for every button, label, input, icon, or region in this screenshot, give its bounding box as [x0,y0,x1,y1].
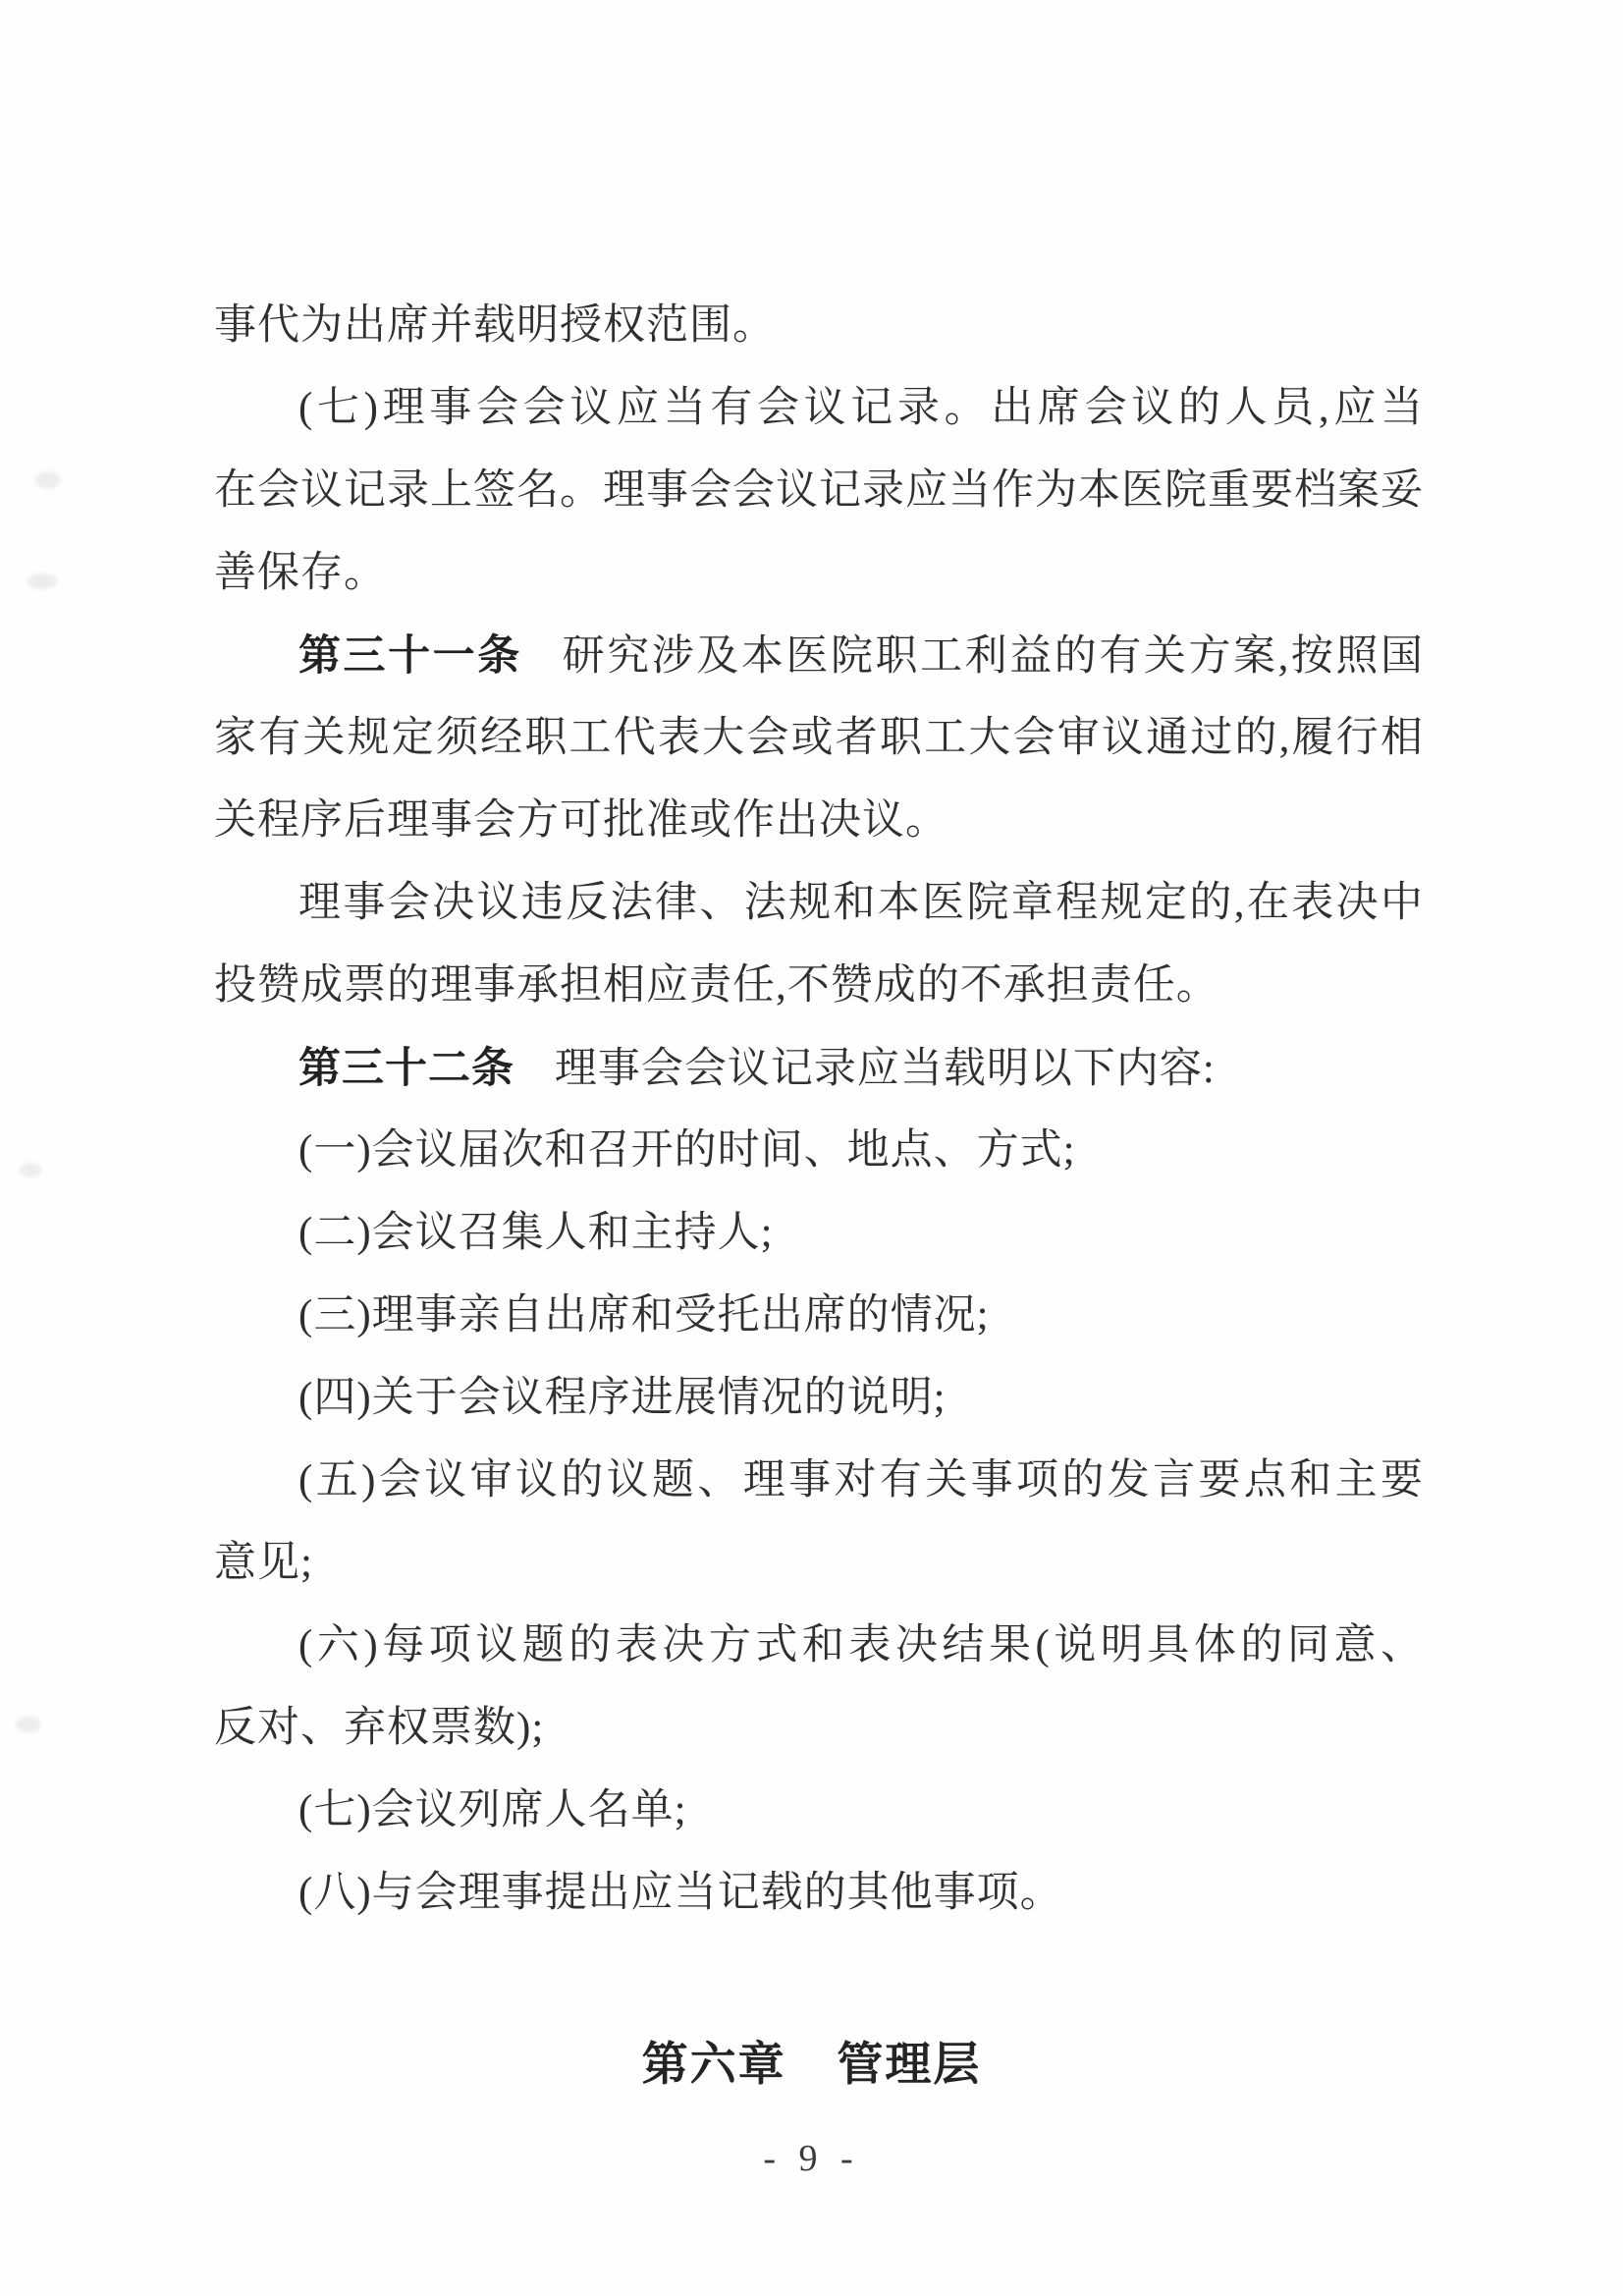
article-number-32: 第三十二条 [298,1045,514,1092]
chapter-heading: 第六章管理层 [0,2021,1623,2107]
line-text: (三)理事亲自出席和受托出席的情况; [298,1292,990,1339]
line-text: 意见; [214,1540,313,1586]
line-text: 在会议记录上签名。理事会会议记录应当作为本医院重要档案妥 [214,467,1424,514]
body-line: 理事会决议违反法律、法规和本医院章程规定的,在表决中 [214,862,1424,945]
body-line: (七)理事会会议应当有会议记录。出席会议的人员,应当 [214,367,1424,450]
scan-smudge [27,574,57,589]
line-text: 反对、弃权票数); [214,1705,544,1751]
chapter-number: 第六章 [642,2038,786,2090]
body-line: (五)会议审议的议题、理事对有关事项的发言要点和主要 [214,1440,1424,1522]
body-line: (四)关于会议程序进展情况的说明; [214,1357,1424,1440]
line-text: (七)理事会会议应当有会议记录。出席会议的人员,应当 [298,385,1424,431]
line-text: 投赞成票的理事承担相应责任,不赞成的不承担责任。 [214,962,1219,1009]
body-line: 在会议记录上签名。理事会会议记录应当作为本医院重要档案妥 [214,450,1424,532]
page-number: - 9 - [0,2137,1623,2180]
article-number-31: 第三十一条 [298,632,522,680]
body-line: (八)与会理事提出应当记载的其他事项。 [214,1852,1424,1935]
line-text: (一)会议届次和召开的时间、地点、方式; [298,1127,1076,1174]
scan-smudge [16,1717,41,1732]
line-text: 家有关规定须经职工代表大会或者职工大会审议通过的,履行相 [214,715,1424,761]
line-text: (七)会议列席人名单; [298,1787,687,1833]
scan-smudge [20,1163,41,1177]
body-line: 事代为出席并载明授权范围。 [214,285,1424,367]
line-text: (五)会议审议的议题、理事对有关事项的发言要点和主要 [298,1457,1424,1503]
body-line: 关程序后理事会方可批准或作出决议。 [214,780,1424,862]
chapter-title: 管理层 [837,2038,981,2090]
body-line: (一)会议届次和召开的时间、地点、方式; [214,1110,1424,1192]
scan-smudge [35,471,61,489]
body-line: (三)理事亲自出席和受托出席的情况; [214,1275,1424,1357]
body-line: (六)每项议题的表决方式和表决结果(说明具体的同意、 [214,1605,1424,1687]
body-line: 反对、弃权票数); [214,1687,1424,1770]
body-line: 第三十二条理事会会议记录应当载明以下内容: [214,1027,1424,1110]
body-line: 第三十一条研究涉及本医院职工利益的有关方案,按照国 [214,615,1424,697]
body-line: (七)会议列席人名单; [214,1770,1424,1852]
line-text: (四)关于会议程序进展情况的说明; [298,1375,947,1421]
document-page: 事代为出席并载明授权范围。 (七)理事会会议应当有会议记录。出席会议的人员,应当… [0,0,1623,2296]
line-text: 研究涉及本医院职工利益的有关方案,按照国 [563,633,1424,680]
line-text: 事代为出席并载明授权范围。 [214,302,776,349]
line-text: 理事会会议记录应当载明以下内容: [555,1046,1216,1092]
line-text: (八)与会理事提出应当记载的其他事项。 [298,1870,1063,1916]
document-body: 事代为出席并载明授权范围。 (七)理事会会议应当有会议记录。出席会议的人员,应当… [214,285,1424,1935]
body-line: 善保存。 [214,532,1424,615]
body-line: 意见; [214,1522,1424,1605]
line-text: 善保存。 [214,550,387,596]
body-line: 投赞成票的理事承担相应责任,不赞成的不承担责任。 [214,945,1424,1027]
line-text: (六)每项议题的表决方式和表决结果(说明具体的同意、 [298,1622,1424,1668]
body-line: 家有关规定须经职工代表大会或者职工大会审议通过的,履行相 [214,697,1424,780]
line-text: 理事会决议违反法律、法规和本医院章程规定的,在表决中 [298,880,1424,926]
line-text: (二)会议召集人和主持人; [298,1210,774,1256]
body-line: (二)会议召集人和主持人; [214,1192,1424,1275]
line-text: 关程序后理事会方可批准或作出决议。 [214,797,948,844]
